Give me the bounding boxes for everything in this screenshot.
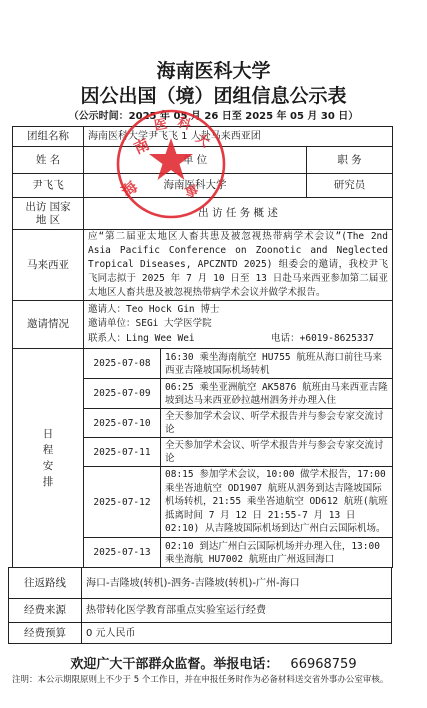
invitation-details: 邀请人：Teo Hock Gin 博士 邀请单位：SEGi 大学医学院 联系人：… [84,301,393,349]
country-label-line1: 出访 国家 [17,201,79,214]
schedule-desc: 全天参加学术会议、听学术报告并与参会专家交流讨论 [161,409,393,438]
group-name-label: 团组名称 [13,127,84,147]
contact-line: 联系人：Ling Wee Wei 电话：+6019-8625337 [88,332,388,347]
task-summary: 应“第二届亚太地区人畜共患及被忽视热带病学术会议”(The 2nd Asia P… [84,230,393,301]
schedule-date: 2025-07-13 [84,538,161,568]
schedule-label-char: 安 [17,458,79,474]
country-label-line2: 地 区 [17,214,79,227]
contact-person: 联系人：Ling Wee Wei [88,332,195,347]
route-value: 海口-吉隆坡(转机)-泗务-吉隆坡(转机)-广州-海口 [82,568,392,599]
task-header-row: 出访 国家 地 区 出 访 任 务 概 述 [13,198,393,230]
funding-source-row: 经费来源 热带转化医学教育部重点实验室运行经费 [9,599,392,623]
funding-source-label: 经费来源 [9,599,82,623]
inviter: 邀请人：Teo Hock Gin 博士 [88,303,388,318]
hotline-number: 66968759 [290,657,356,672]
schedule-desc: 08:15 参加学术会议，10:00 做学术报告，17:00 乘坐峇迪航空 OD… [161,467,393,538]
route-label: 往返路线 [9,568,82,599]
country-label: 出访 国家 地 区 [13,198,84,230]
document-title-form: 因公出国（境）团组信息公示表 [0,81,427,108]
position-label: 职 务 [307,147,393,174]
task-summary-label: 出 访 任 务 概 述 [84,198,393,230]
invitation-row: 邀请情况 邀请人：Teo Hock Gin 博士 邀请单位：SEGi 大学医学院… [13,301,393,349]
supervision-text: 欢迎广大干部群众监督。举报电话： [70,657,278,672]
member-position: 研究员 [307,174,393,198]
schedule-date: 2025-07-12 [84,467,161,538]
schedule-row: 日 程 安 排 2025-07-08 16:30 乘坐海南航空 HU755 航班… [13,349,393,379]
budget-row: 经费预算 0 元人民币 [9,623,392,644]
footnote: 注明：本公示期限原则上不少于 5 个工作日，并在申报任务时作为必备材料送交省外事… [12,673,392,687]
task-row: 马来西亚 应“第二届亚太地区人畜共患及被忽视热带病学术会议”(The 2nd A… [13,230,393,301]
schedule-label-char: 日 [17,426,79,442]
member-row: 尹飞飞 海南医科大学 研究员 [13,174,393,198]
schedule-desc: 全天参加学术会议、听学术报告并与参会专家交流讨论 [161,438,393,467]
schedule-label-char: 程 [17,442,79,458]
member-unit: 海南医科大学 [84,174,307,198]
info-table: 团组名称 海南医科大学尹飞飞 1 人赴马来西亚团 姓 名 单 位 职 务 尹飞飞… [12,126,393,568]
schedule-label: 日 程 安 排 [13,349,84,568]
budget-label: 经费预算 [9,623,82,644]
group-name-row: 团组名称 海南医科大学尹飞飞 1 人赴马来西亚团 [13,127,393,147]
schedule-label-char: 排 [17,474,79,490]
member-name: 尹飞飞 [13,174,84,198]
document-title-university: 海南医科大学 [0,56,427,83]
budget-value: 0 元人民币 [82,623,392,644]
publicity-period: （公示时间：2025 年 05 月 26 日至 2025 年 05 月 30 日… [0,107,427,122]
group-name-value: 海南医科大学尹飞飞 1 人赴马来西亚团 [84,127,393,147]
schedule-date: 2025-07-08 [84,349,161,379]
inviting-unit: 邀请单位：SEGi 大学医学院 [88,317,388,332]
schedule-date: 2025-07-09 [84,379,161,409]
route-funding-table: 往返路线 海口-吉隆坡(转机)-泗务-吉隆坡(转机)-广州-海口 经费来源 热带… [8,567,392,644]
funding-source-value: 热带转化医学教育部重点实验室运行经费 [82,599,392,623]
schedule-desc: 06:25 乘坐亚洲航空 AK5876 航班由马来西亚吉隆坡到达马来西亚砂拉越州… [161,379,393,409]
country-value: 马来西亚 [13,230,84,301]
schedule-desc: 02:10 到达广州白云国际机场并办理入住，13:00 乘坐海航 HU7002 … [161,538,393,568]
supervision-line: 欢迎广大干部群众监督。举报电话：66968759 [0,653,427,672]
invitation-label: 邀请情况 [13,301,84,349]
schedule-desc: 16:30 乘坐海南航空 HU755 航班从海口前往马来西亚吉隆坡国际机场转机 [161,349,393,379]
unit-label: 单 位 [84,147,307,174]
contact-phone: 电话：+6019-8625337 [271,332,374,347]
schedule-date: 2025-07-11 [84,438,161,467]
schedule-date: 2025-07-10 [84,409,161,438]
route-row: 往返路线 海口-吉隆坡(转机)-泗务-吉隆坡(转机)-广州-海口 [9,568,392,599]
member-header-row: 姓 名 单 位 职 务 [13,147,393,174]
name-label: 姓 名 [13,147,84,174]
